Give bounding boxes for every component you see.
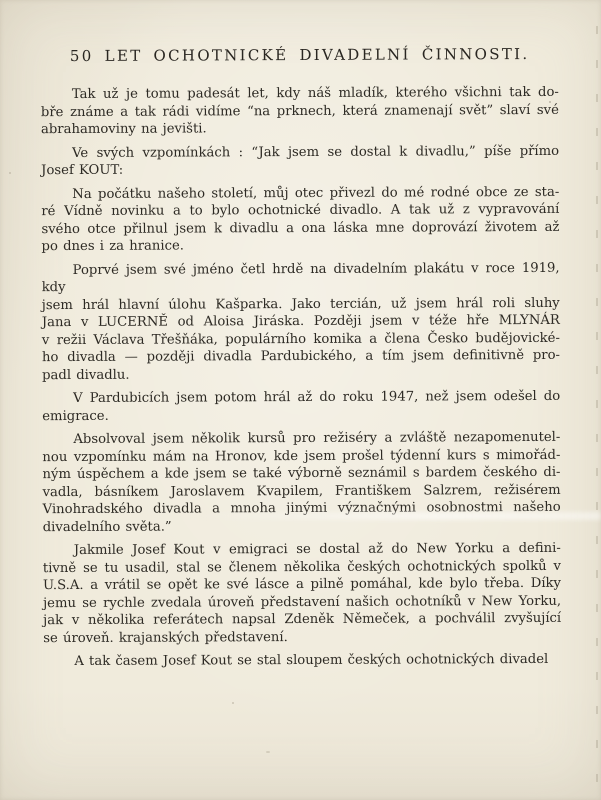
text-line: emigrace. <box>42 405 560 425</box>
text-line: Jana v LUCERNĚ od Aloisa Jiráska. Pozděj… <box>42 312 560 332</box>
text-line: abrahamoviny na jevišti. <box>41 119 559 139</box>
text-line: Poprvé jsem své jméno četl hrdě na divad… <box>42 259 560 296</box>
paragraph-childhood: Na počátku našeho století, můj otec přiv… <box>41 183 559 255</box>
text-line: U.S.A. a vrátil se opět ke své lásce a p… <box>43 575 561 595</box>
text-line: ho divadla — později divadla Pardubickéh… <box>42 347 560 367</box>
text-line: Absolvoval jsem několik kursů pro režisé… <box>42 429 560 449</box>
paragraph-courses: Absolvoval jsem několik kursů pro režisé… <box>42 429 560 536</box>
text-line: jemu se rychle zvedala úroveň představen… <box>43 592 561 612</box>
paper-edge-line <box>596 0 598 800</box>
text-line: Ve svých vzpomínkách : “Jak jsem se dost… <box>41 142 559 162</box>
paragraph-closing: A tak časem Josef Kout se stal sloupem č… <box>43 651 561 671</box>
text-line: padl divadlu. <box>42 364 560 384</box>
text-line: po dnes i za hranice. <box>41 236 559 256</box>
paragraph-first-roles: Poprvé jsem své jméno četl hrdě na divad… <box>42 259 561 384</box>
text-line: A tak časem Josef Kout se stal sloupem č… <box>43 651 561 671</box>
text-line: V Pardubicích jsem potom hrál až do roku… <box>42 388 560 408</box>
text-line: jsem hrál hlavní úlohu Kašparka. Jako te… <box>42 294 560 314</box>
paragraph-quote-lead: Ve svých vzpomínkách : “Jak jsem se dost… <box>41 142 559 179</box>
text-line: Vinohradského divadla a mnoha jinými výz… <box>43 499 561 519</box>
text-line: bře známe a tak rádi vidíme “na prknech,… <box>41 101 559 121</box>
text-line: tivně se tu usadil, stal se členem někol… <box>43 557 561 577</box>
document-text-block: 50 LET OCHOTNICKÉ DIVADELNÍ ČINNOSTI. Ta… <box>41 45 562 677</box>
paper-speck <box>9 172 11 174</box>
paper-speck <box>266 751 270 753</box>
scanned-document-page: 50 LET OCHOTNICKÉ DIVADELNÍ ČINNOSTI. Ta… <box>0 0 601 800</box>
paragraph-pardubice: V Pardubicích jsem potom hrál až do roku… <box>42 388 560 425</box>
text-line: vadla, básníkem Jaroslavem Kvapilem, Fra… <box>43 481 561 501</box>
paper-speck <box>232 702 234 704</box>
document-title: 50 LET OCHOTNICKÉ DIVADELNÍ ČINNOSTI. <box>41 45 559 65</box>
text-line: Na počátku našeho století, můj otec přiv… <box>41 183 559 203</box>
text-line: v režii Václava Třešňáka, populárního ko… <box>42 329 560 349</box>
text-line: svého otce přilnul jsem k divadlu a ona … <box>41 218 559 238</box>
text-line: Josef KOUT: <box>41 160 559 180</box>
text-line: nou vzpomínku mám na Hronov, kde jsem pr… <box>42 446 560 466</box>
text-line: Tak už je tomu padesát let, kdy náš mlad… <box>41 84 559 104</box>
text-line: ré Vídně novinku a to bylo ochotnické di… <box>41 201 559 221</box>
text-line: jak v několika referátech napsal Zdeněk … <box>43 610 561 630</box>
text-line: se úroveň. krajanských představení. <box>43 627 561 647</box>
paragraph-intro: Tak už je tomu padesát let, kdy náš mlad… <box>41 84 559 139</box>
paragraph-emigration: Jakmile Josef Kout v emigraci se dostal … <box>43 540 561 647</box>
text-line: ným úspěchem a kde jsem se také výborně … <box>42 464 560 484</box>
text-line: divadelního světa.” <box>43 516 561 536</box>
text-line: Jakmile Josef Kout v emigraci se dostal … <box>43 540 561 560</box>
